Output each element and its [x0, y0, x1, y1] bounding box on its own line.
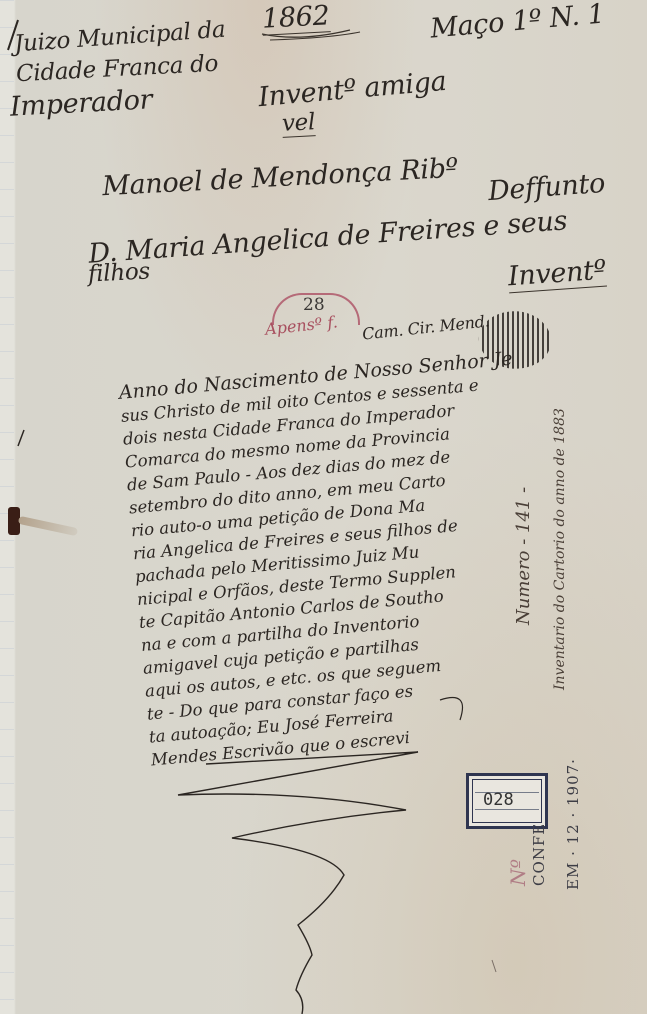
document-page: Juizo Municipal da Cidade Franca do Impe… [0, 0, 647, 1014]
pen-strokes [0, 0, 647, 1014]
